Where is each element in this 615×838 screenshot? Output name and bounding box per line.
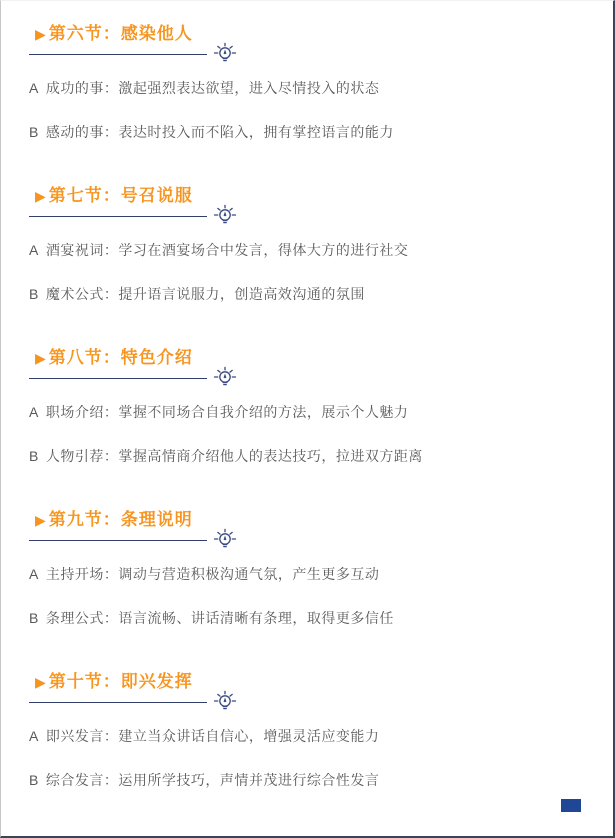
section-title: ▶第七节：号召说服 xyxy=(29,185,193,207)
section-header: ▶第九节：条理说明 xyxy=(29,509,207,541)
course-section: ▶第七节：号召说服 A酒宴祝词：学习在酒宴场合中发言，得体大方的进行社交 B魔术… xyxy=(29,185,585,304)
bottom-right-marker xyxy=(561,799,581,812)
item-text: 主持开场：调动与营造积极沟通气氛，产生更多互动 xyxy=(46,566,380,582)
item-label: A xyxy=(29,728,39,744)
course-outline-page: ▶第六节：感染他人 A成功的事：激起强烈表达欲望，进入尽情投入的状态 B感动的事… xyxy=(0,0,615,838)
list-item: B条理公式：语言流畅、讲话清晰有条理，取得更多信任 xyxy=(29,609,585,628)
section-title: ▶第十节：即兴发挥 xyxy=(29,671,193,693)
section-title-text: 第七节：号召说服 xyxy=(49,186,193,205)
list-item: A即兴发言：建立当众讲话自信心，增强灵活应变能力 xyxy=(29,727,585,746)
section-title-text: 第八节：特色介绍 xyxy=(49,348,193,367)
section-title-text: 第六节：感染他人 xyxy=(49,24,193,43)
item-label: B xyxy=(29,610,39,626)
course-section: ▶第九节：条理说明 A主持开场：调动与营造积极沟通气氛，产生更多互动 B条理公式… xyxy=(29,509,585,628)
item-label: B xyxy=(29,772,39,788)
item-text: 条理公式：语言流畅、讲话清晰有条理，取得更多信任 xyxy=(46,610,394,626)
course-section: ▶第六节：感染他人 A成功的事：激起强烈表达欲望，进入尽情投入的状态 B感动的事… xyxy=(29,23,585,142)
triangle-bullet-icon: ▶ xyxy=(35,512,47,528)
section-title-text: 第十节：即兴发挥 xyxy=(49,672,193,691)
list-item: B感动的事：表达时投入而不陷入，拥有掌控语言的能力 xyxy=(29,123,585,142)
triangle-bullet-icon: ▶ xyxy=(35,188,47,204)
list-item: A职场介绍：掌握不同场合自我介绍的方法，展示个人魅力 xyxy=(29,403,585,422)
item-label: B xyxy=(29,286,39,302)
item-text: 综合发言：运用所学技巧，声情并茂进行综合性发言 xyxy=(46,772,380,788)
item-text: 人物引荐：掌握高情商介绍他人的表达技巧，拉进双方距离 xyxy=(46,448,423,464)
course-section: ▶第八节：特色介绍 A职场介绍：掌握不同场合自我介绍的方法，展示个人魅力 B人物… xyxy=(29,347,585,466)
item-text: 魔术公式：提升语言说服力，创造高效沟通的氛围 xyxy=(46,286,365,302)
list-item: A酒宴祝词：学习在酒宴场合中发言，得体大方的进行社交 xyxy=(29,241,585,260)
item-text: 成功的事：激起强烈表达欲望，进入尽情投入的状态 xyxy=(46,80,380,96)
triangle-bullet-icon: ▶ xyxy=(35,26,47,42)
item-label: B xyxy=(29,448,39,464)
item-label: A xyxy=(29,242,39,258)
lightbulb-icon xyxy=(211,40,239,68)
sections-container: ▶第六节：感染他人 A成功的事：激起强烈表达欲望，进入尽情投入的状态 B感动的事… xyxy=(29,23,585,790)
item-label: A xyxy=(29,80,39,96)
triangle-bullet-icon: ▶ xyxy=(35,350,47,366)
list-item: A成功的事：激起强烈表达欲望，进入尽情投入的状态 xyxy=(29,79,585,98)
list-item: A主持开场：调动与营造积极沟通气氛，产生更多互动 xyxy=(29,565,585,584)
item-text: 职场介绍：掌握不同场合自我介绍的方法，展示个人魅力 xyxy=(46,404,409,420)
lightbulb-icon xyxy=(211,688,239,716)
item-text: 即兴发言：建立当众讲话自信心，增强灵活应变能力 xyxy=(46,728,380,744)
lightbulb-icon xyxy=(211,202,239,230)
list-item: B人物引荐：掌握高情商介绍他人的表达技巧，拉进双方距离 xyxy=(29,447,585,466)
lightbulb-icon xyxy=(211,526,239,554)
section-title: ▶第八节：特色介绍 xyxy=(29,347,193,369)
section-title: ▶第六节：感染他人 xyxy=(29,23,193,45)
list-item: B综合发言：运用所学技巧，声情并茂进行综合性发言 xyxy=(29,771,585,790)
item-text: 酒宴祝词：学习在酒宴场合中发言，得体大方的进行社交 xyxy=(46,242,409,258)
item-label: A xyxy=(29,404,39,420)
item-label: A xyxy=(29,566,39,582)
section-header: ▶第八节：特色介绍 xyxy=(29,347,207,379)
section-header: ▶第七节：号召说服 xyxy=(29,185,207,217)
list-item: B魔术公式：提升语言说服力，创造高效沟通的氛围 xyxy=(29,285,585,304)
lightbulb-icon xyxy=(211,364,239,392)
section-header: ▶第六节：感染他人 xyxy=(29,23,207,55)
course-section: ▶第十节：即兴发挥 A即兴发言：建立当众讲话自信心，增强灵活应变能力 B综合发言… xyxy=(29,671,585,790)
item-label: B xyxy=(29,124,39,140)
section-header: ▶第十节：即兴发挥 xyxy=(29,671,207,703)
item-text: 感动的事：表达时投入而不陷入，拥有掌控语言的能力 xyxy=(46,124,394,140)
triangle-bullet-icon: ▶ xyxy=(35,674,47,690)
section-title-text: 第九节：条理说明 xyxy=(49,510,193,529)
section-title: ▶第九节：条理说明 xyxy=(29,509,193,531)
